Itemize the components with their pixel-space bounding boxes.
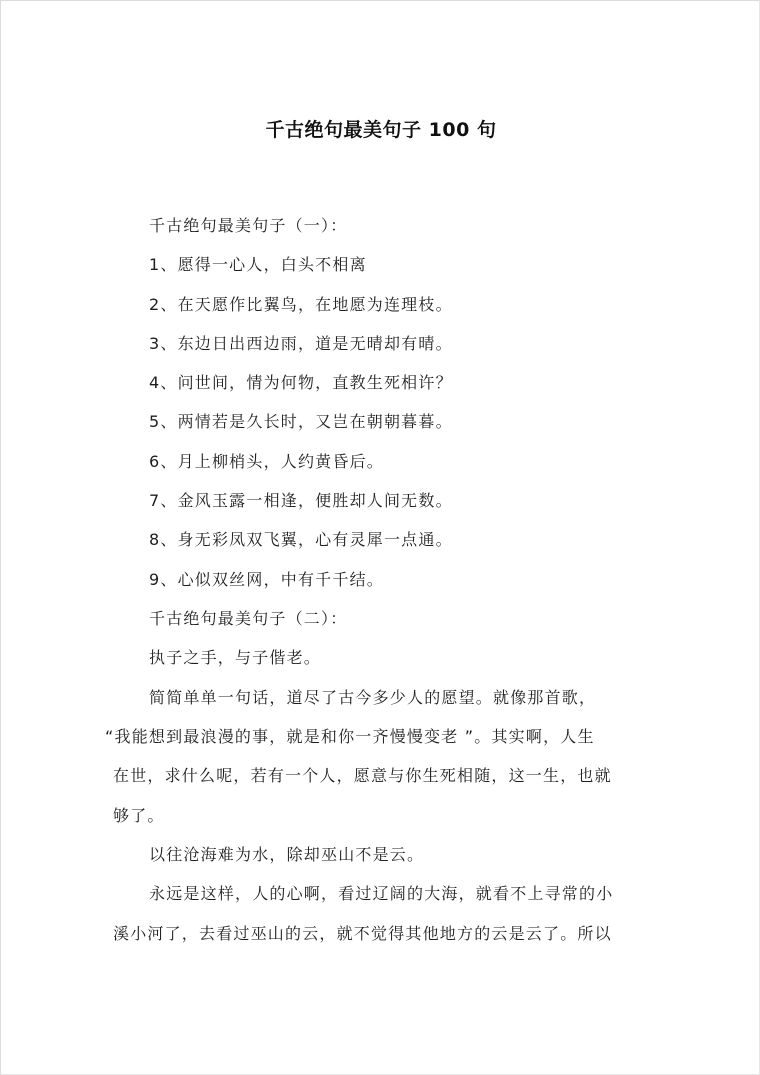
list-item: 5、两情若是久长时，又岂在朝朝暮暮。 <box>149 409 453 432</box>
list-item: 9、心似双丝网，中有千千结。 <box>149 567 384 590</box>
paragraph-line: 够了。 <box>113 803 165 826</box>
document-title: 千古绝句最美句子 100 句 <box>1 115 760 142</box>
quote-line: 执子之手，与子偕老。 <box>149 645 321 668</box>
document-page: 千古绝句最美句子 100 句 千古绝句最美句子（一）： 1、愿得一心人，白头不相… <box>0 0 760 1075</box>
quote-line: 以往沧海难为水，除却巫山不是云。 <box>149 842 424 865</box>
paragraph-line: 简简单单一句话，道尽了古今多少人的愿望。就像那首歌， <box>149 685 596 708</box>
list-item: 2、在天愿作比翼鸟，在地愿为连理枝。 <box>149 292 453 315</box>
list-item: 3、东边日出西边雨，道是无晴却有晴。 <box>149 331 453 354</box>
paragraph-line: 永远是这样，人的心啊，看过辽阔的大海，就看不上寻常的小 <box>149 881 613 904</box>
list-item: 6、月上柳梢头，人约黄昏后。 <box>149 449 384 472</box>
paragraph-line: “我能想到最浪漫的事，就是和你一齐慢慢变老 ”。其实啊，人生 <box>105 724 595 747</box>
section1-heading: 千古绝句最美句子（一）： <box>149 213 347 236</box>
list-item: 4、问世间，情为何物，直教生死相许？ <box>149 370 453 393</box>
section2-heading: 千古绝句最美句子（二）： <box>149 606 347 629</box>
list-item: 1、愿得一心人，白头不相离 <box>149 252 367 275</box>
list-item: 8、身无彩凤双飞翼，心有灵犀一点通。 <box>149 527 453 550</box>
paragraph-line: 在世，求什么呢，若有一个人，愿意与你生死相随，这一生，也就 <box>113 763 612 786</box>
list-item: 7、金风玉露一相逢，便胜却人间无数。 <box>149 488 453 511</box>
paragraph-line: 溪小河了，去看过巫山的云，就不觉得其他地方的云是云了。所以 <box>113 921 612 944</box>
